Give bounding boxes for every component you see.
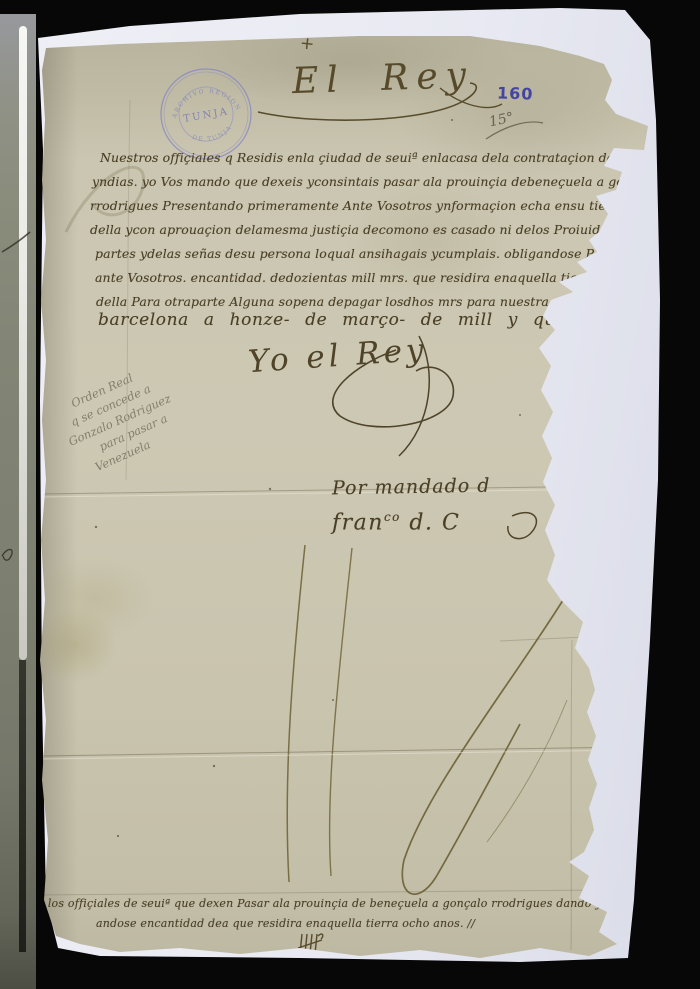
page-edge-highlight <box>19 26 27 660</box>
body-text-line: Nuestros offiçiales q Residis enla çiuda… <box>100 150 626 165</box>
docket-line: andose encantidad dea que residira enaqu… <box>96 917 475 930</box>
secretary-name: fran <box>332 510 384 535</box>
manuscript-photo: ARCHIVO REGIONAL DE TUNJA TUNJA + El Rey… <box>0 0 700 989</box>
fold-crease-3 <box>36 890 600 895</box>
body-text-line: rrodrigues Presentando primeramente Ante… <box>90 198 687 213</box>
stamp-ring-top: ARCHIVO REGIONAL <box>150 58 242 126</box>
stamp-center-label: TUNJA <box>183 106 230 125</box>
pencil-annotation: Orden Real q se concede a Gonzalo Rodrig… <box>52 335 242 482</box>
fold-crease-1 <box>40 486 620 494</box>
stamp-ring-bottom: DE TUNJA <box>190 123 236 146</box>
secretary-name-superscript: co <box>384 510 401 524</box>
body-text-line: della Para otraparte Alguna sopena depag… <box>96 294 593 309</box>
fold-crease-1-highlight <box>40 489 620 497</box>
page-edge-shadow <box>19 660 26 952</box>
svg-text:ARCHIVO REGIONAL: ARCHIVO REGIONAL <box>150 58 242 126</box>
rubric-stroke-1 <box>287 545 305 882</box>
countersign-line: Por mandado d <box>332 475 491 500</box>
svg-text:DE TUNJA: DE TUNJA <box>190 123 236 146</box>
rubric-stroke-4 <box>487 700 567 842</box>
docket-line: A los offiçiales de seuiª que dexen Pasa… <box>36 897 643 910</box>
pencil-folio: 15° <box>488 110 516 131</box>
folio-number: 160 <box>497 83 534 103</box>
body-text-line: ante Vosotros. encantidad. dedozientas m… <box>95 270 609 285</box>
secretary-name-rest: d. C <box>401 510 460 535</box>
body-text-line: yndias. yo Vos mando que dexeis yconsint… <box>92 174 647 189</box>
heading-el-rey: El Rey <box>291 55 474 102</box>
secretary-signature: franco d. C <box>332 510 460 535</box>
fold-crease-2-highlight <box>40 750 630 759</box>
facing-page-edge <box>0 14 36 989</box>
rubric-stroke-3 <box>402 597 565 894</box>
secretary-curl <box>508 513 537 539</box>
royal-signature: Yo el Rey <box>247 332 429 380</box>
fold-crease-2 <box>40 747 630 756</box>
body-text-line: partes ydelas señas desu persona loqual … <box>95 246 594 261</box>
body-text-line: della ycon aprouaçion delamesma justiçia… <box>90 222 682 237</box>
rubric-stroke-2 <box>330 548 352 876</box>
